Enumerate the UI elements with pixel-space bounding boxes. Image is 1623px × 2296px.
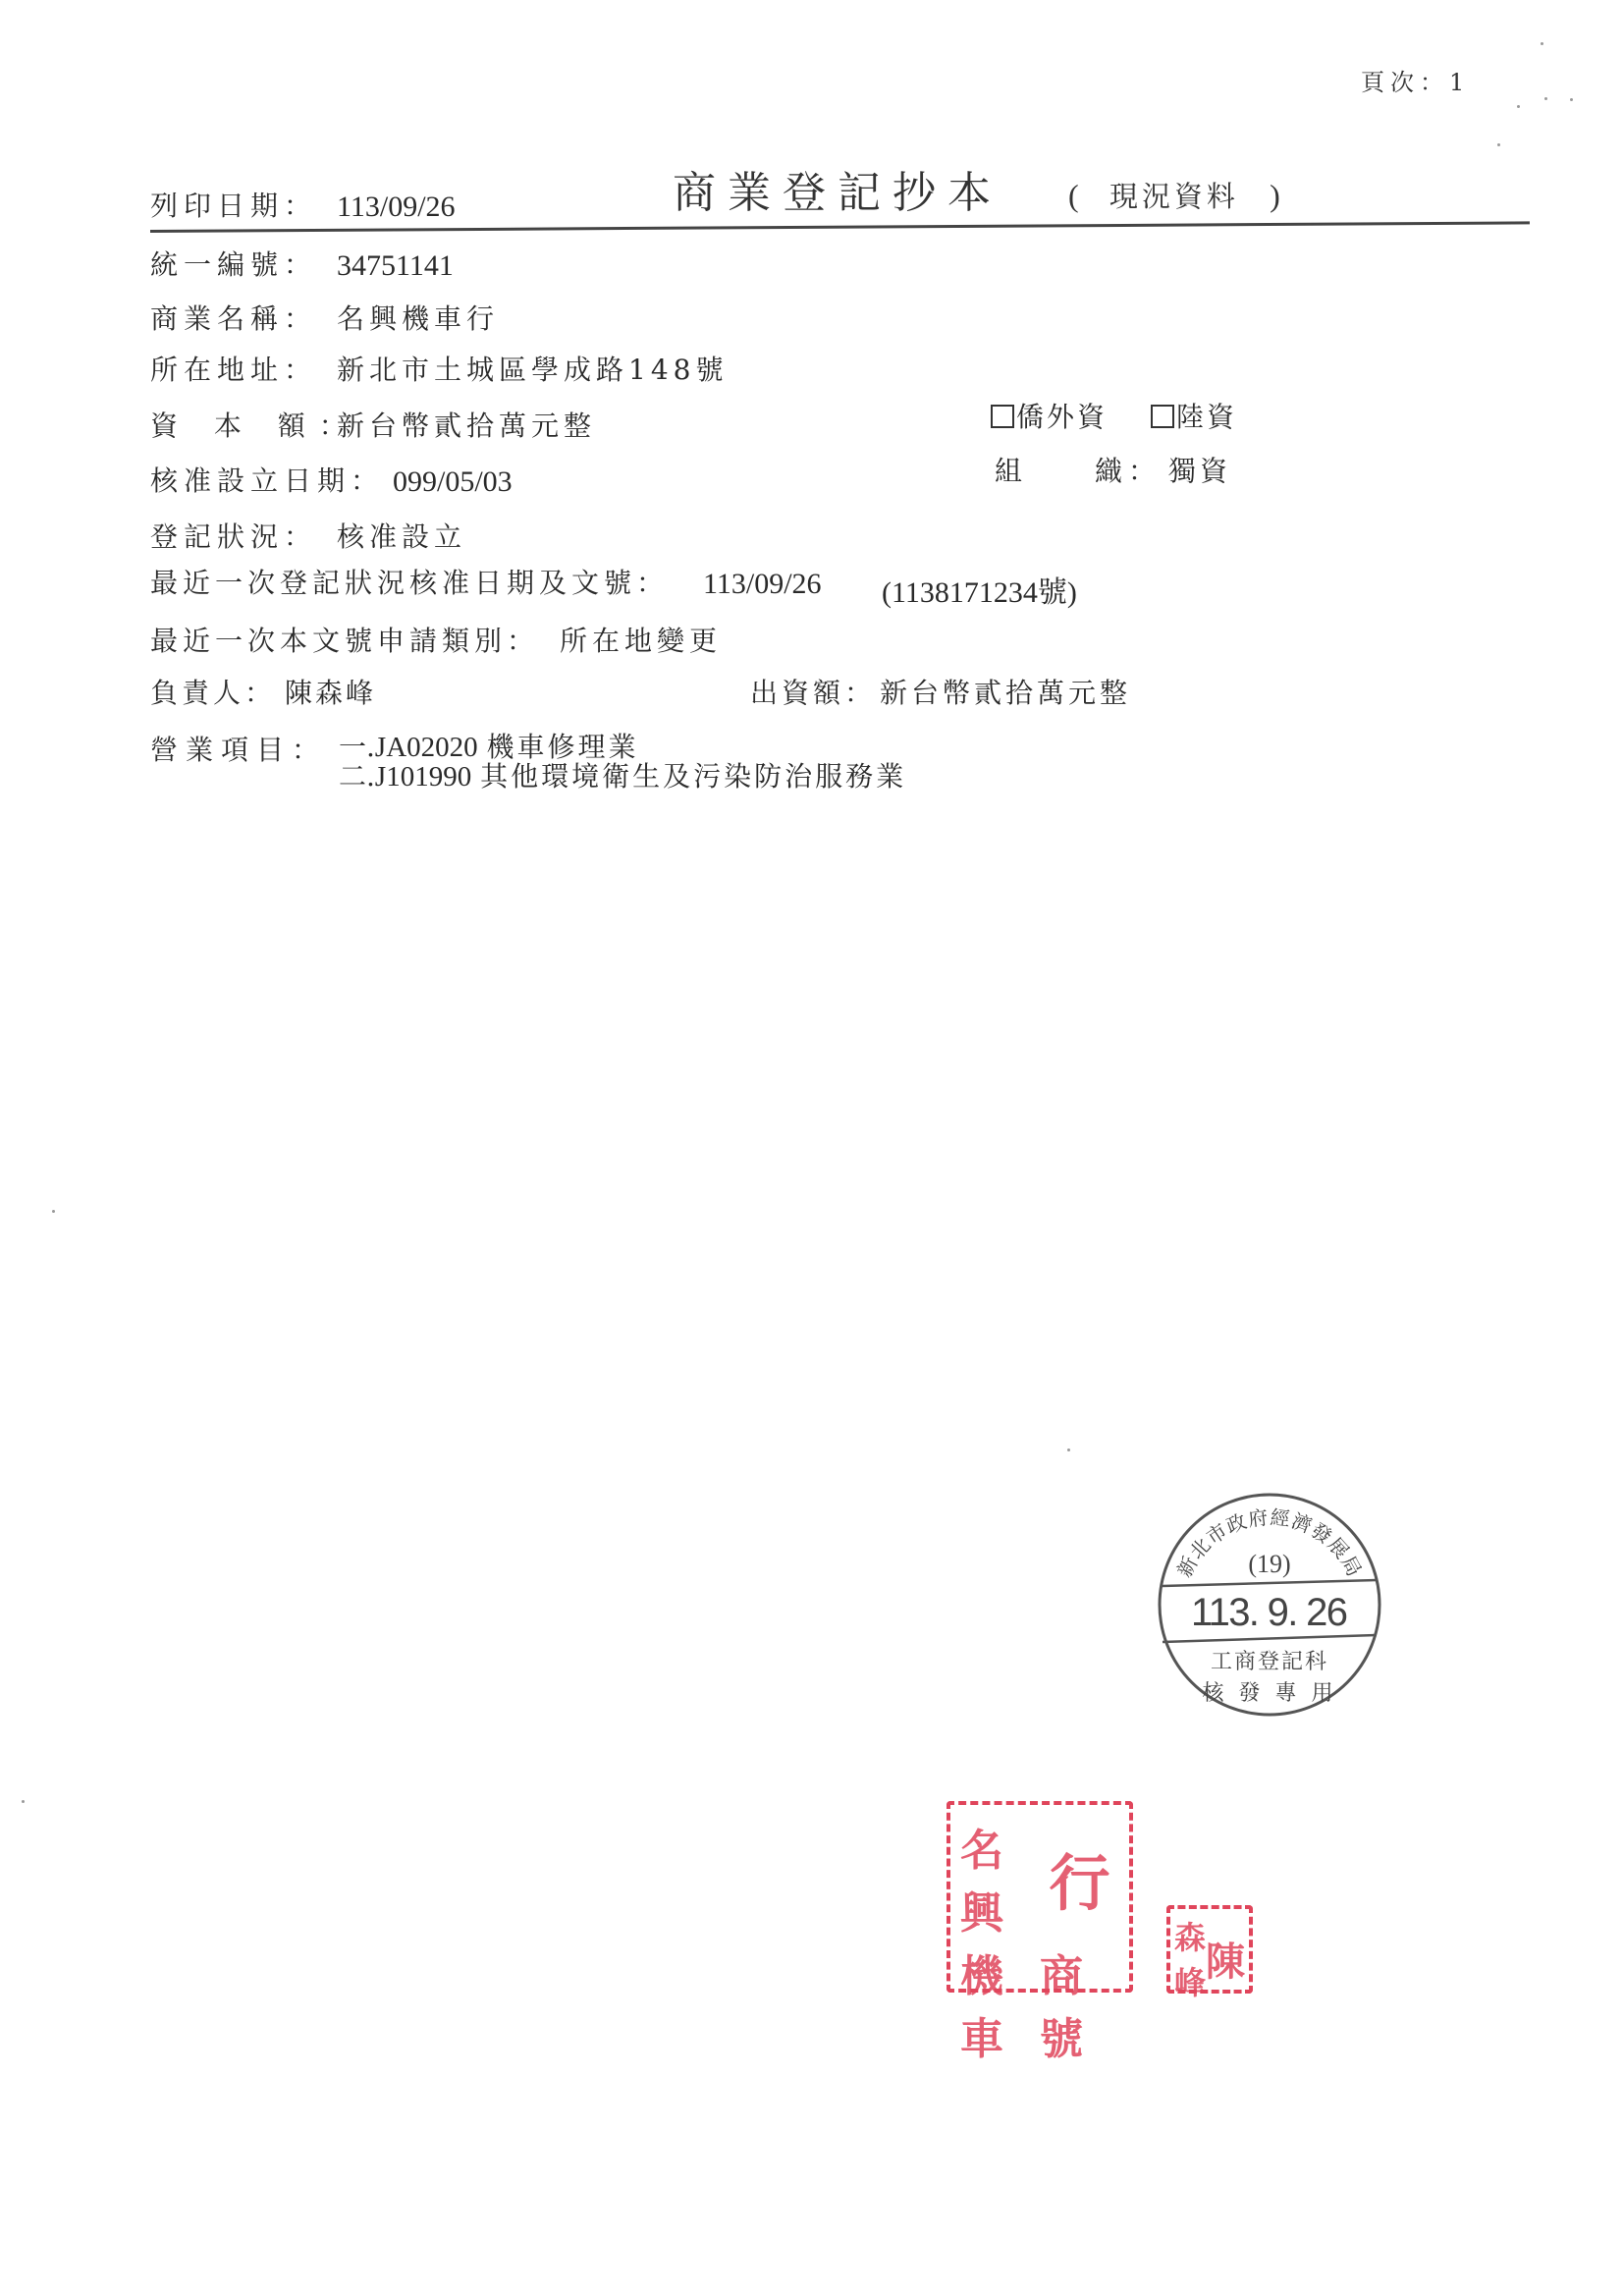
organization-label-b: 織：	[1095, 458, 1162, 485]
date-stamp: 新北市政府經濟發展局 (19) 113. 9. 26 工商登記科 核 發 專 用	[1155, 1490, 1384, 1720]
unified-number-label: 統一編號：	[150, 251, 317, 279]
latest-approval-doc-number: (1138171234號)	[882, 568, 1077, 611]
latest-application-type-label: 最近一次本文號申請類別：	[150, 628, 539, 655]
date-stamp-number: (19)	[1248, 1550, 1290, 1578]
business-items-list: 一.JA02020 機車修理業 二.J101990 其他環境衛生及污染防治服務業	[339, 733, 906, 792]
scan-speck	[1541, 42, 1543, 45]
print-date-label: 列印日期：	[150, 192, 317, 220]
contribution-label: 出資額：	[750, 680, 876, 707]
business-items-label: 營業項目：	[150, 737, 327, 764]
scan-speck	[22, 1800, 25, 1803]
owner-seal-char: 陳	[1206, 1913, 1245, 2003]
print-date-value: 113/09/26	[337, 191, 456, 224]
contribution-value: 新台幣貳拾萬元整	[880, 680, 1131, 707]
scan-speck	[1067, 1449, 1070, 1451]
capital-value: 新台幣貳拾萬元整	[337, 412, 596, 440]
date-stamp-bottom-text: 工商登記科	[1211, 1650, 1328, 1674]
company-seal-char: 機車	[960, 1941, 1040, 2066]
owner-seal-char: 森	[1174, 1913, 1206, 1958]
subtitle-text: 現況資料	[1109, 180, 1239, 213]
company-seal: 名興 機車 行 商號	[947, 1801, 1133, 1993]
document-subtitle: ( 現況資料 )	[1068, 175, 1280, 215]
overseas-foreign-flag: 僑外資	[991, 404, 1108, 431]
owner-seal: 森 陳 峰	[1166, 1905, 1253, 1994]
company-seal-char: 名興	[960, 1815, 1040, 1941]
business-item-name: 其他環境衛生及污染防治服務業	[480, 760, 906, 793]
business-item: 一.JA02020 機車修理業	[339, 733, 906, 762]
owner-value: 陳森峰	[285, 680, 376, 707]
business-item-index: 二.	[339, 760, 375, 793]
approval-date-value: 099/05/03	[393, 465, 513, 499]
scan-speck	[1497, 143, 1500, 146]
date-stamp-bottom-line2: 核 發 專 用	[1203, 1681, 1337, 1706]
scan-speck	[52, 1210, 55, 1213]
organization-label-a: 組	[995, 458, 1024, 485]
overseas-foreign-label: 僑外資	[1016, 401, 1108, 433]
company-seal-char: 行	[1040, 1815, 1119, 1941]
mainland-label: 陸資	[1176, 401, 1237, 433]
mainland-flag: 陸資	[1151, 404, 1237, 431]
subtitle-open-paren: (	[1068, 178, 1079, 213]
approval-date-label: 核准設立日期：	[150, 467, 384, 495]
subtitle-close-paren: )	[1270, 178, 1280, 213]
latest-approval-label: 最近一次登記狀況核准日期及文號：	[150, 570, 669, 597]
company-seal-char: 商號	[1040, 1941, 1119, 2066]
latest-application-type-value: 所在地變更	[560, 628, 722, 655]
latest-approval-date: 113/09/26	[703, 568, 822, 601]
overseas-foreign-checkbox[interactable]	[991, 405, 1014, 428]
scan-speck	[1570, 98, 1573, 101]
organization-value: 獨資	[1168, 458, 1231, 485]
business-item: 二.J101990 其他環境衛生及污染防治服務業	[339, 762, 906, 792]
date-stamp-date: 113. 9. 26	[1191, 1591, 1348, 1634]
registration-status-label: 登記狀況：	[150, 523, 317, 551]
capital-label: 資 本 額：	[150, 412, 360, 440]
business-item-code: JA02020	[375, 732, 478, 763]
registration-status-value: 核准設立	[337, 523, 466, 551]
business-item-name: 機車修理業	[487, 731, 639, 763]
page-number: 頁次：1	[1361, 63, 1470, 97]
document-title: 商業登記抄本	[673, 157, 1002, 220]
business-name-label: 商業名稱：	[150, 305, 317, 333]
business-item-index: 一.	[339, 731, 375, 763]
address-label: 所在地址：	[150, 356, 317, 384]
scan-speck	[1544, 97, 1547, 100]
unified-number-value: 34751141	[337, 249, 454, 283]
address-value: 新北市土城區學成路148號	[337, 356, 728, 384]
owner-seal-char: 峰	[1174, 1958, 1206, 2003]
business-item-code: J101990	[375, 761, 471, 793]
mainland-checkbox[interactable]	[1151, 405, 1174, 428]
business-name-value: 名興機車行	[337, 305, 499, 333]
owner-label: 負責人：	[150, 680, 276, 707]
scan-speck	[1517, 105, 1520, 108]
